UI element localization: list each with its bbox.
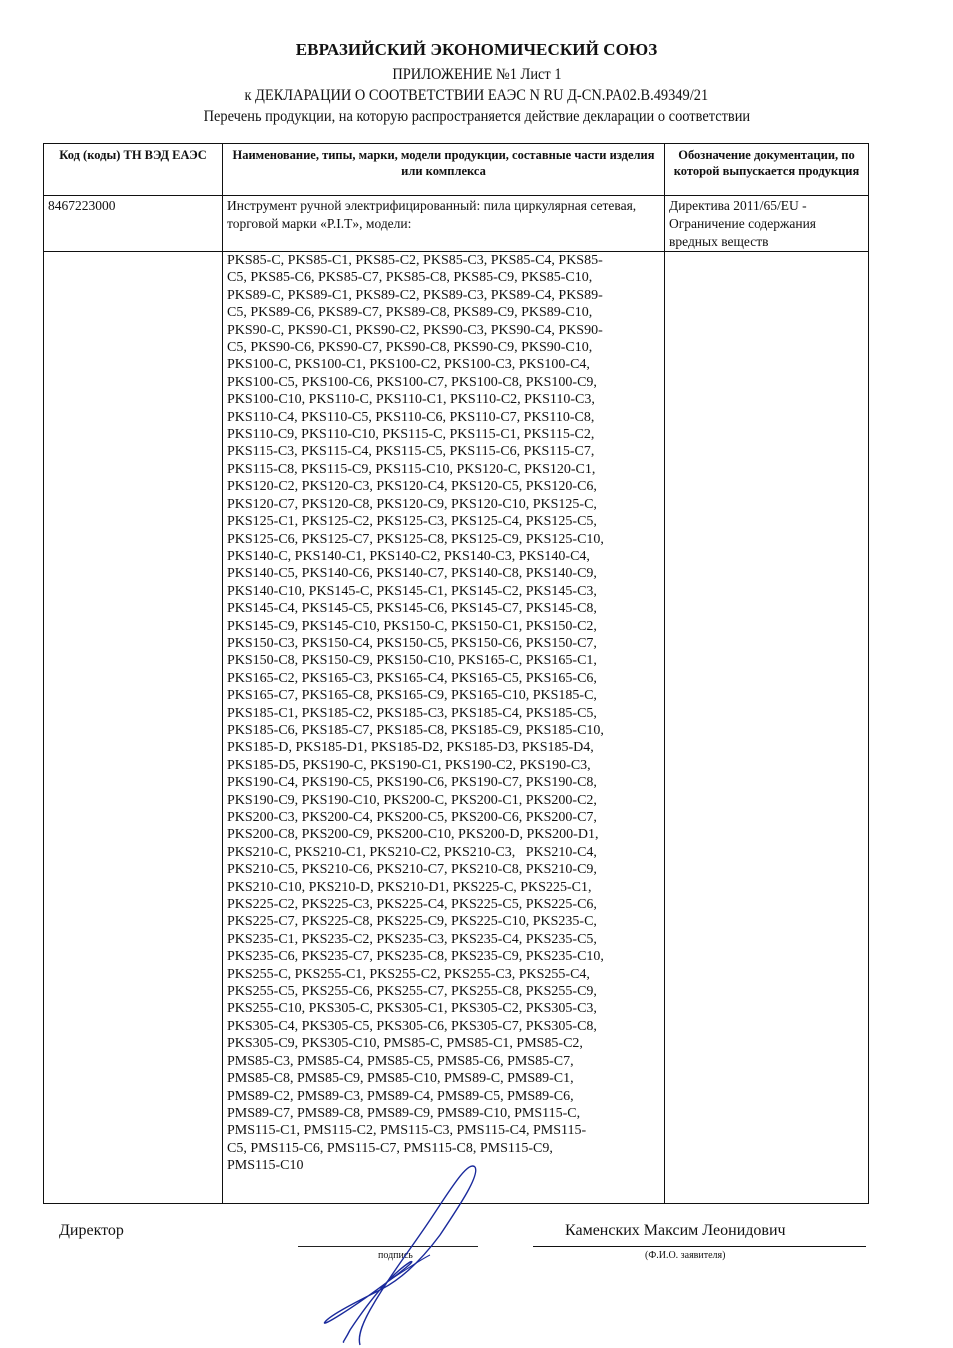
model-line: PKS305-C4, PKS305-C5, PKS305-C6, PKS305-…: [227, 1018, 660, 1035]
model-line: PKS165-C7, PKS165-C8, PKS165-C9, PKS165-…: [227, 687, 660, 704]
product-name-cell: Инструмент ручной электрифицированный: п…: [223, 196, 665, 252]
model-line: PKS200-C8, PKS200-C9, PKS200-C10, PKS200…: [227, 826, 660, 843]
model-line: C5, PKS85-C6, PKS85-C7, PKS85-C8, PKS85-…: [227, 269, 660, 286]
name-line: [533, 1246, 866, 1247]
model-line: PKS190-C9, PKS190-C10, PKS200-C, PKS200-…: [227, 792, 660, 809]
model-line: PKS110-C4, PKS110-C5, PKS110-C6, PKS110-…: [227, 409, 660, 426]
hs-code-cell: 8467223000: [44, 196, 223, 252]
model-line: PKS225-C2, PKS225-C3, PKS225-C4, PKS225-…: [227, 896, 660, 913]
model-line: PKS125-C6, PKS125-C7, PKS125-C8, PKS125-…: [227, 531, 660, 548]
model-line: PKS210-C5, PKS210-C6, PKS210-C7, PKS210-…: [227, 861, 660, 878]
model-line: PKS210-C, PKS210-C1, PKS210-C2, PKS210-C…: [227, 844, 660, 861]
model-line: PMS85-C3, PMS85-C4, PMS85-C5, PMS85-C6, …: [227, 1053, 660, 1070]
model-line: PKS235-C1, PKS235-C2, PKS235-C3, PKS235-…: [227, 931, 660, 948]
model-line: PKS100-C, PKS100-C1, PKS100-C2, PKS100-C…: [227, 356, 660, 373]
signer-position: Директор: [59, 1222, 124, 1240]
model-line: PKS110-C9, PKS110-C10, PKS115-C, PKS115-…: [227, 426, 660, 443]
appendix-text: ПРИЛОЖЕНИЕ №1 Лист 1: [392, 66, 561, 84]
product-table: Код (коды) ТН ВЭД ЕАЭС Наименование, тип…: [43, 143, 869, 1204]
model-line: PKS140-C, PKS140-C1, PKS140-C2, PKS140-C…: [227, 548, 660, 565]
model-line: PKS255-C10, PKS305-C, PKS305-C1, PKS305-…: [227, 1000, 660, 1017]
model-line: PKS255-C5, PKS255-C6, PKS255-C7, PKS255-…: [227, 983, 660, 1000]
model-line: PKS255-C, PKS255-C1, PKS255-C2, PKS255-C…: [227, 966, 660, 983]
table-row: PKS85-C, PKS85-C1, PKS85-C2, PKS85-C3, P…: [44, 252, 869, 1204]
declaration-number: к ДЕКЛАРАЦИИ О СООТВЕТСТВИИ ЕАЭС N RU Д-…: [0, 87, 953, 105]
model-line: PKS115-C8, PKS115-C9, PKS115-C10, PKS120…: [227, 461, 660, 478]
column-header-doc: Обозначение документации, по которой вып…: [665, 144, 869, 196]
hs-code-cell: [44, 252, 223, 1204]
documentation-cell: [665, 252, 869, 1204]
model-line: C5, PKS90-C6, PKS90-C7, PKS90-C8, PKS90-…: [227, 339, 660, 356]
model-line: PKS89-C, PKS89-C1, PKS89-C2, PKS89-C3, P…: [227, 287, 660, 304]
model-line: PKS120-C7, PKS120-C8, PKS120-C9, PKS120-…: [227, 496, 660, 513]
model-line: PKS185-D, PKS185-D1, PKS185-D2, PKS185-D…: [227, 739, 660, 756]
model-line: PKS185-C1, PKS185-C2, PKS185-C3, PKS185-…: [227, 705, 660, 722]
model-line: PKS150-C8, PKS150-C9, PKS150-C10, PKS165…: [227, 652, 660, 669]
model-line: PKS185-D5, PKS190-C, PKS190-C1, PKS190-C…: [227, 757, 660, 774]
model-line: PKS100-C10, PKS110-C, PKS110-C1, PKS110-…: [227, 391, 660, 408]
model-line: PMS89-C2, PMS89-C3, PMS89-C4, PMS89-C5, …: [227, 1088, 660, 1105]
table-header-row: Код (коды) ТН ВЭД ЕАЭС Наименование, тип…: [44, 144, 869, 196]
model-line: PKS85-C, PKS85-C1, PKS85-C2, PKS85-C3, P…: [227, 252, 660, 269]
model-line: PKS145-C9, PKS145-C10, PKS150-C, PKS150-…: [227, 618, 660, 635]
model-line: PMS85-C8, PMS85-C9, PMS85-C10, PMS89-C, …: [227, 1070, 660, 1087]
model-line: PKS235-C6, PKS235-C7, PKS235-C8, PKS235-…: [227, 948, 660, 965]
model-line: PKS190-C4, PKS190-C5, PKS190-C6, PKS190-…: [227, 774, 660, 791]
model-line: PKS140-C10, PKS145-C, PKS145-C1, PKS145-…: [227, 583, 660, 600]
subtitle-text: Перечень продукции, на которую распростр…: [203, 108, 750, 126]
documentation-cell: Директива 2011/65/EU - Ограничение содер…: [665, 196, 869, 252]
document-subtitle: Перечень продукции, на которую распростр…: [0, 108, 953, 126]
model-line: PKS115-C3, PKS115-C4, PKS115-C5, PKS115-…: [227, 443, 660, 460]
model-line: PKS100-C5, PKS100-C6, PKS100-C7, PKS100-…: [227, 374, 660, 391]
model-line: PKS200-C3, PKS200-C4, PKS200-C5, PKS200-…: [227, 809, 660, 826]
model-line: PKS145-C4, PKS145-C5, PKS145-C6, PKS145-…: [227, 600, 660, 617]
model-line: PKS125-C1, PKS125-C2, PKS125-C3, PKS125-…: [227, 513, 660, 530]
name-caption: (Ф.И.О. заявителя): [645, 1250, 725, 1261]
appendix-title: ПРИЛОЖЕНИЕ №1 Лист 1: [0, 66, 953, 84]
signer-name: Каменских Максим Леонидович: [565, 1222, 786, 1240]
handwritten-signature: [290, 1150, 490, 1348]
column-header-code: Код (коды) ТН ВЭД ЕАЭС: [44, 144, 223, 196]
model-line: PKS185-C6, PKS185-C7, PKS185-C8, PKS185-…: [227, 722, 660, 739]
model-line: PKS210-C10, PKS210-D, PKS210-D1, PKS225-…: [227, 879, 660, 896]
model-line: PKS120-C2, PKS120-C3, PKS120-C4, PKS120-…: [227, 478, 660, 495]
union-title: ЕВРАЗИЙСКИЙ ЭКОНОМИЧЕСКИЙ СОЮЗ: [0, 40, 953, 60]
table-row: 8467223000 Инструмент ручной электрифици…: [44, 196, 869, 252]
model-line: PKS165-C2, PKS165-C3, PKS165-C4, PKS165-…: [227, 670, 660, 687]
model-line: PKS305-C9, PKS305-C10, PMS85-C, PMS85-C1…: [227, 1035, 660, 1052]
model-line: PMS89-C7, PMS89-C8, PMS89-C9, PMS89-C10,…: [227, 1105, 660, 1122]
models-list-cell: PKS85-C, PKS85-C1, PKS85-C2, PKS85-C3, P…: [223, 252, 665, 1204]
model-line: C5, PKS89-C6, PKS89-C7, PKS89-C8, PKS89-…: [227, 304, 660, 321]
model-line: PMS115-C1, PMS115-C2, PMS115-C3, PMS115-…: [227, 1122, 660, 1139]
declaration-text: к ДЕКЛАРАЦИИ О СООТВЕТСТВИИ ЕАЭС N RU Д-…: [245, 87, 709, 105]
model-line: PKS150-C3, PKS150-C4, PKS150-C5, PKS150-…: [227, 635, 660, 652]
column-header-name: Наименование, типы, марки, модели продук…: [223, 144, 665, 196]
model-line: PKS140-C5, PKS140-C6, PKS140-C7, PKS140-…: [227, 565, 660, 582]
model-line: PKS225-C7, PKS225-C8, PKS225-C9, PKS225-…: [227, 913, 660, 930]
model-line: PKS90-C, PKS90-C1, PKS90-C2, PKS90-C3, P…: [227, 322, 660, 339]
